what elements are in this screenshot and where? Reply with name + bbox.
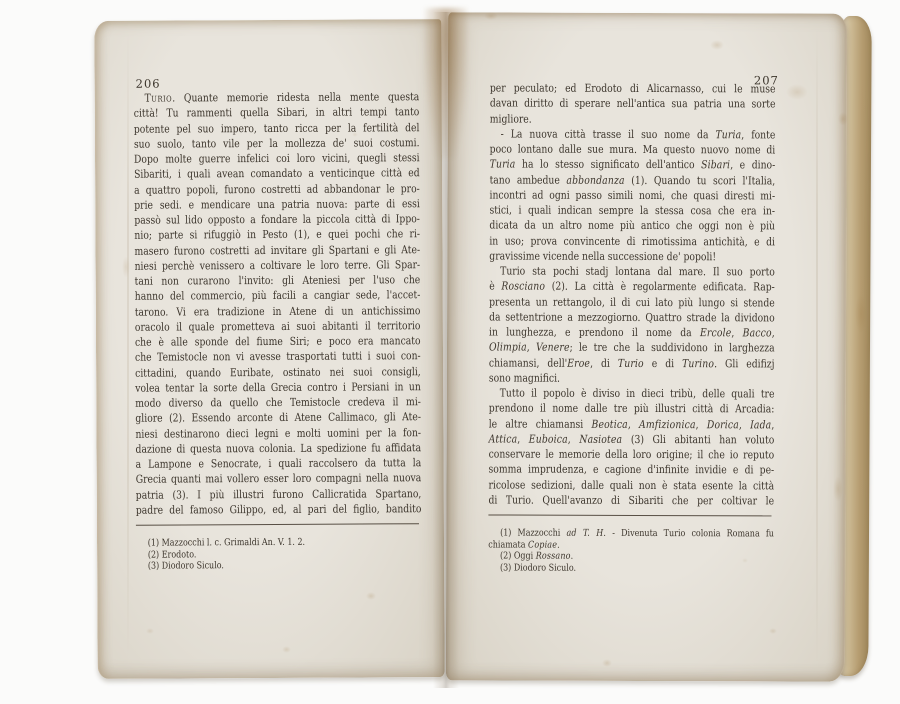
text-line: hanno del commercio, più facili a cangia… <box>135 287 421 304</box>
text-line: Grecia quanti mai vollero esser loro com… <box>136 470 422 487</box>
footnote: (3) Diodoro Siculo. <box>136 559 422 572</box>
text-line: somma imprudenza, e cagione d'infinite i… <box>489 462 775 478</box>
footnote-rule <box>488 514 771 516</box>
text-line: presenta un rettangolo, il di cui lato p… <box>489 294 775 310</box>
text-line: gravissime vicende nella successione de'… <box>489 248 775 264</box>
text-line: niesi destinarono dieci legni e molti uo… <box>135 425 421 442</box>
text-line: città! Tu rammenti quella Sibari, in alt… <box>134 104 420 121</box>
text-line: in lunghezza, e prendono il nome da Erco… <box>489 324 775 340</box>
text-line: Olimpia, Venere; le tre che la suddivido… <box>489 340 775 356</box>
footnote: chiamata Copiae. <box>488 539 774 552</box>
text-line: - La nuova città trasse il suo nome da T… <box>490 126 776 142</box>
left-text: Turio. Quante memorie ridesta nella ment… <box>134 89 422 572</box>
text-line: che è alle sponde del fiume Siri; e poco… <box>135 333 421 350</box>
text-line: Turio. Quante memorie ridesta nella ment… <box>134 89 420 106</box>
text-line: tano ambedue abbondanza (1). Quando tu s… <box>490 172 776 188</box>
right-text: per peculato; ed Erodoto di Alicarnasso,… <box>488 80 775 574</box>
text-line: passò sul lido opposto a fondare la picc… <box>134 211 420 228</box>
text-line: padre del famoso Gilippo, ed, al pari de… <box>136 501 422 518</box>
text-line: davan diritto di sperare nell'antica sua… <box>490 96 776 112</box>
text-line: è Rosciano (2). La città è regolarmente … <box>489 279 775 295</box>
text-line: patria (3). I più illustri furono Callic… <box>136 486 422 503</box>
text-line: le altre chiamansi Beotica, Amfizionica,… <box>489 416 775 432</box>
text-line: a Lampone e Senocrate, i quali raccolser… <box>136 455 422 472</box>
text-line: che Temistocle non vi avesse trasportati… <box>135 348 421 365</box>
text-line: Dopo molte guerre infelici coi loro vici… <box>134 150 420 167</box>
text-line: masero furono costretti ad invitare gli … <box>134 242 420 259</box>
text-line: in uso; prova convincente di rimotissima… <box>489 233 775 249</box>
text-line: prendono il nome dalle tre più illustri … <box>489 401 775 417</box>
text-line: dicata da un altro nome più antico che o… <box>489 218 775 234</box>
text-line: stici, i quali indican sempre la stessa … <box>489 202 775 218</box>
text-line: tani non curarono l'invito: gli Ateniesi… <box>135 272 421 289</box>
text-line: chiamansi, dell'Eroe, di Turio e di Turi… <box>489 355 775 371</box>
text-line: Turia ha lo stesso significato dell'anti… <box>490 157 776 173</box>
page-number-left: 206 <box>136 77 161 91</box>
text-line: dazione di questa nuova colonia. La sped… <box>135 440 421 457</box>
text-line: migliore. <box>490 111 776 127</box>
text-line: per peculato; ed Erodoto di Alicarnasso,… <box>490 80 776 96</box>
text-line: ricolose sedizioni, dalle quali non è st… <box>488 477 774 493</box>
text-line: Tutto il popolo è diviso in dieci tribù,… <box>489 385 775 401</box>
text-line: oracolo il quale prometteva ai suoi abit… <box>135 318 421 335</box>
text-line: niesi perchè venissero a coltivare le lo… <box>135 257 421 274</box>
text-line: di Turio. Quell'avanzo di Sibariti che p… <box>488 492 774 508</box>
text-line: incontri ad ogni passo simili nomi, che … <box>490 187 776 203</box>
text-line: poco lontano dalle sue mura. Ma questo n… <box>490 141 776 157</box>
right-page: 207 per peculato; ed Erodoto di Alicarna… <box>446 12 847 681</box>
text-line: gliore (2). Essendo arconte di Atene Cal… <box>135 409 421 426</box>
book-photo: { "colors": { "background": "#fbfbfa", "… <box>0 0 900 704</box>
text-line: tarono. Vi era tradizione in Atene di un… <box>135 303 421 320</box>
text-line: prie sedi. e mendicare una patria nuova:… <box>134 196 420 213</box>
text-line: cittadini, quando Euribate, ostinato nei… <box>135 364 421 381</box>
footnote: (1) Mazzocchi ad T. H. - Divenuta Turio … <box>488 527 774 540</box>
text-line: Attica, Euboica, Nasiotea (3) Gli abitan… <box>489 431 775 447</box>
text-line: nio; parte si rifuggiò in Pesto (1), e q… <box>134 226 420 243</box>
left-page: 206 Turio. Quante memorie ridesta nella … <box>94 19 444 679</box>
footnote-rule <box>136 523 419 525</box>
text-line: Sibariti, i quali avean comandato a vent… <box>134 165 420 182</box>
text-line: suo suolo, tanto vile per la mollezza de… <box>134 135 420 152</box>
text-line: Turio sta pochi stadj lontana dal mare. … <box>489 263 775 279</box>
text-line: da settentrione a mezzogiorno. Quattro s… <box>489 309 775 325</box>
text-line: modo diverso da quello che Temistocle cr… <box>135 394 421 411</box>
text-line: volea tentar la sorte della Grecia contr… <box>135 379 421 396</box>
text-line: sono magnifici. <box>489 370 775 386</box>
footnote: (2) Oggi Rossano. <box>488 551 774 564</box>
text-line: a quattro popoli, furono costretti ad ab… <box>134 181 420 198</box>
footnote: (3) Diodoro Siculo. <box>488 562 774 575</box>
text-line: potente pel suo impero, tanto ricca per … <box>134 120 420 137</box>
text-line: conservare le memorie della loro origine… <box>489 446 775 462</box>
